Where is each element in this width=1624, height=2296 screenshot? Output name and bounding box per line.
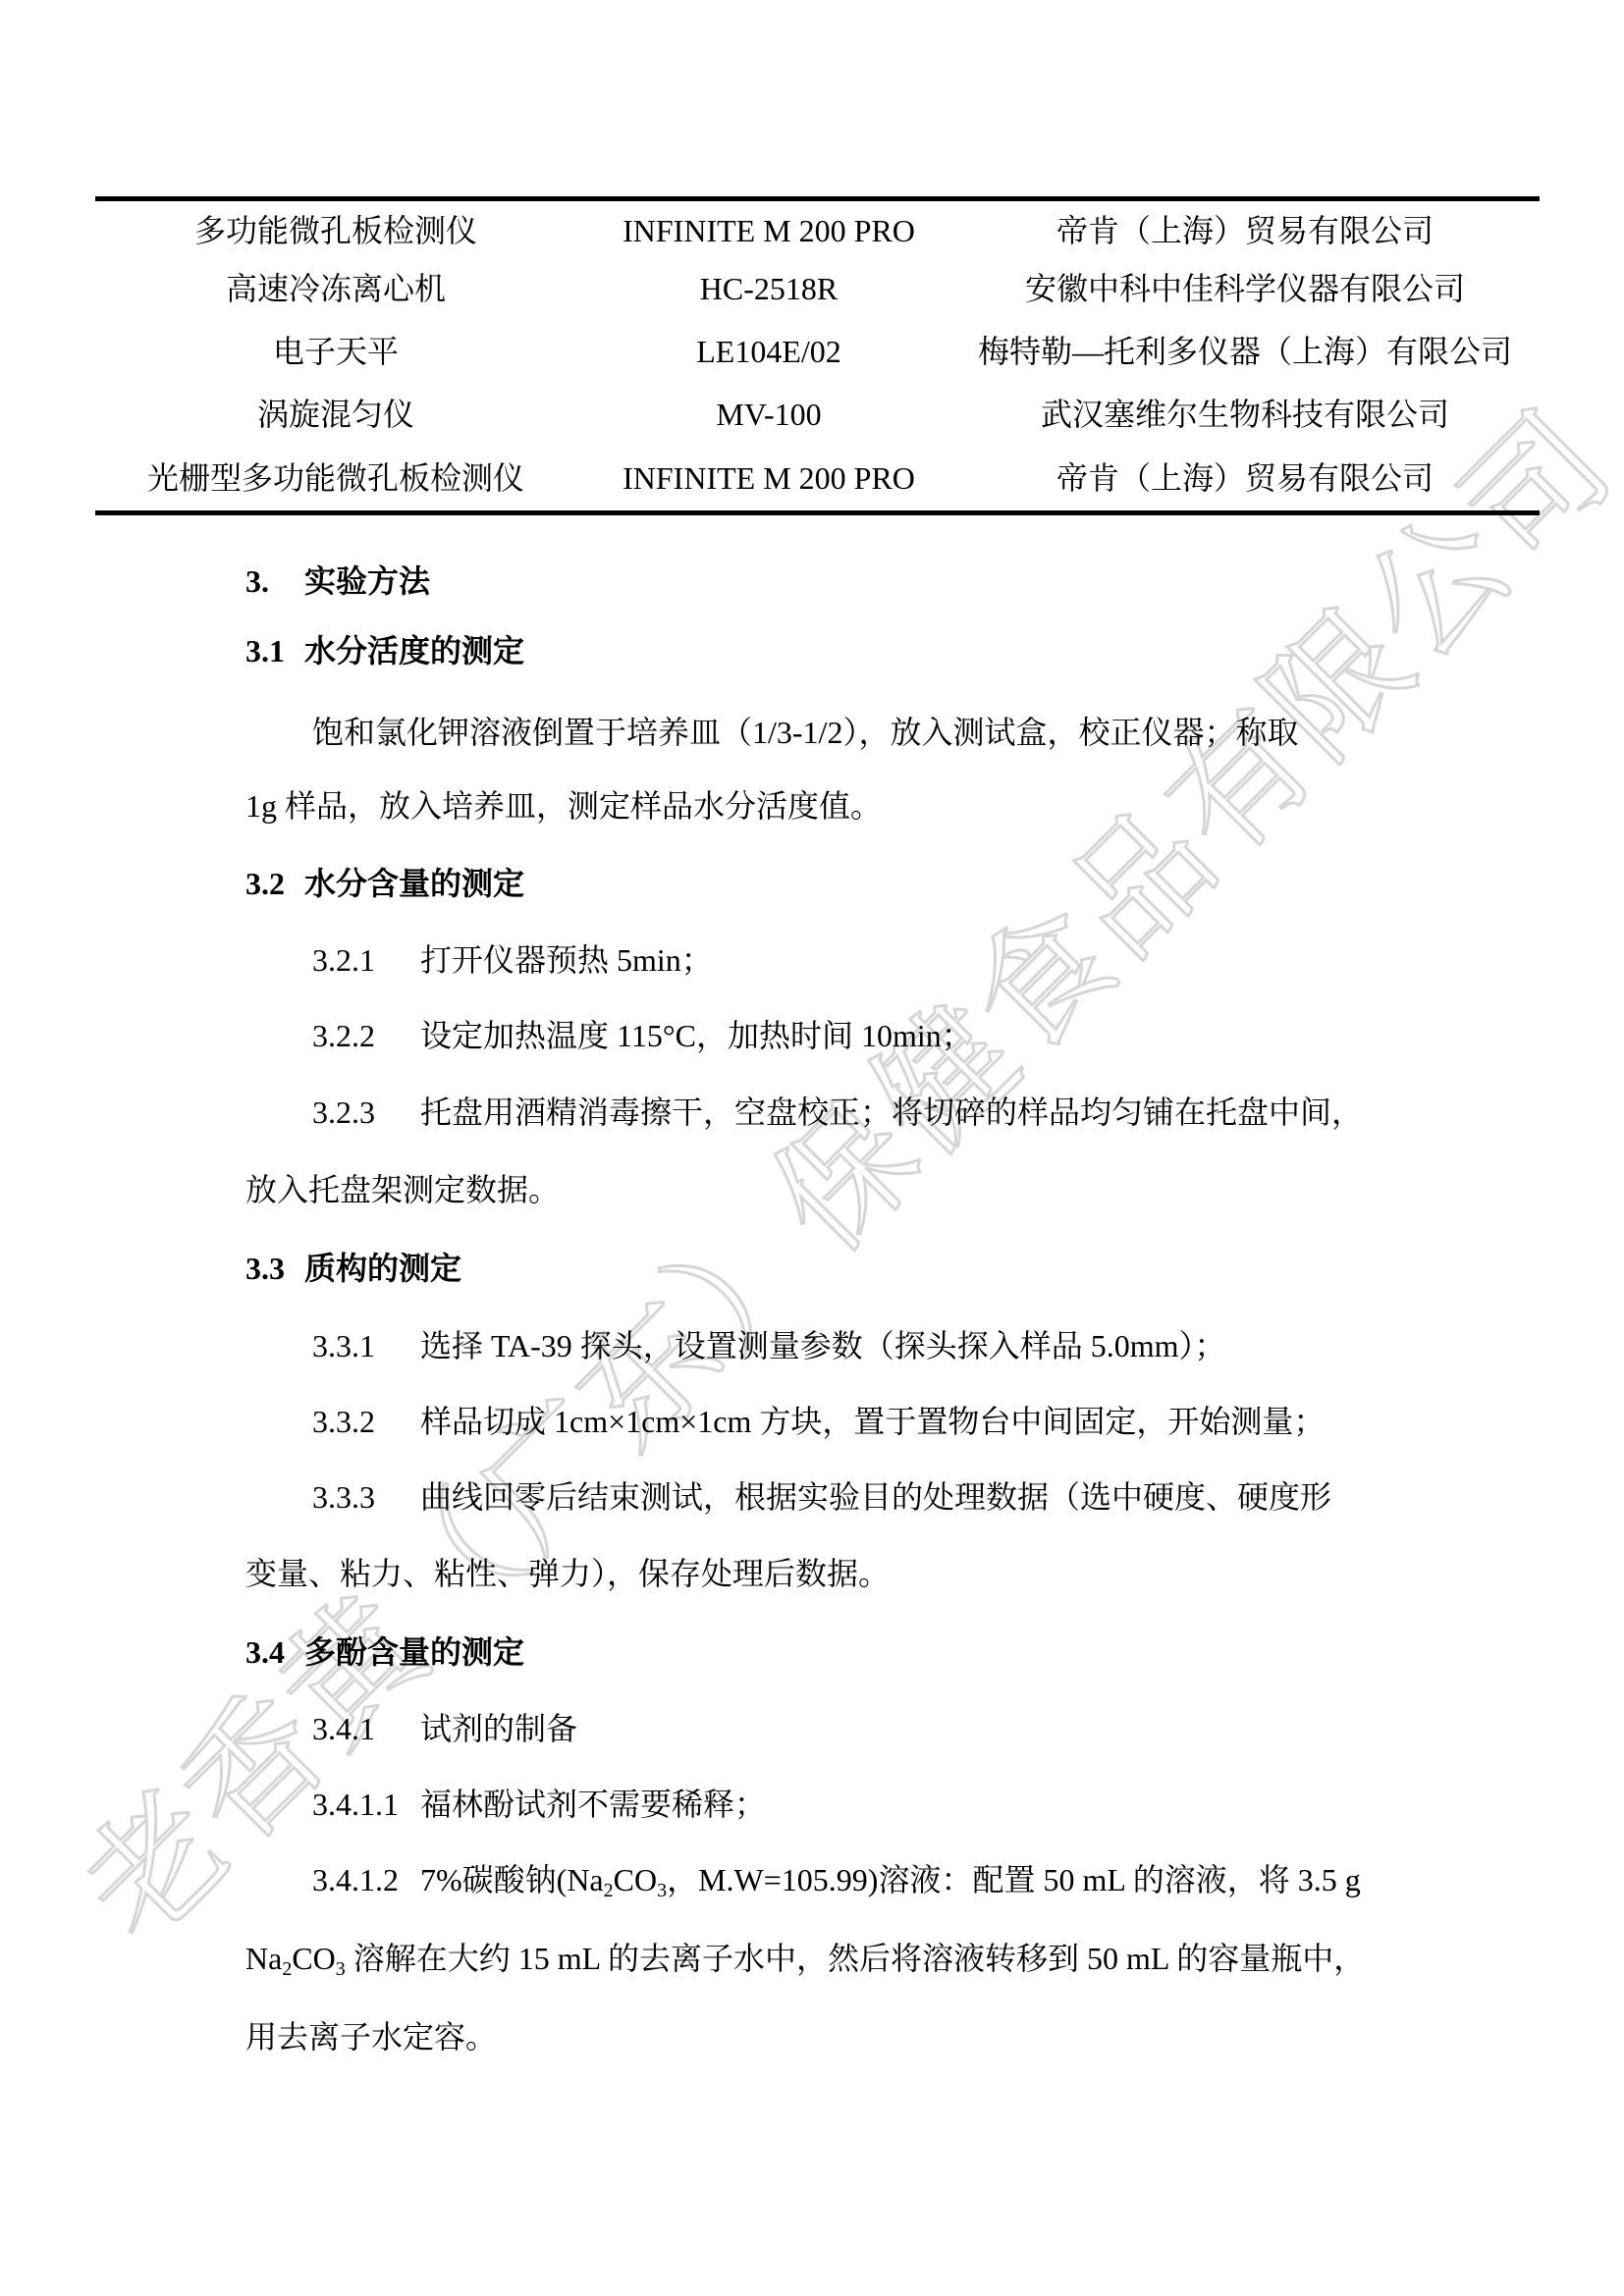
step-item: 3.4.1.1福林酚试剂不需要稀释； bbox=[312, 1785, 766, 1824]
equipment-manufacturer: 帝肯（上海）贸易有限公司 bbox=[1056, 458, 1434, 498]
subsection-number: 3.3 bbox=[245, 1249, 304, 1288]
document-page: 老香黄（广东）保健食品有限公司 多功能微孔板检测仪 INFINITE M 200… bbox=[0, 0, 1624, 2296]
subsection-title: 质构的测定 bbox=[304, 1251, 461, 1286]
equipment-model: LE104E/02 bbox=[696, 332, 841, 371]
step-number: 3.3.1 bbox=[312, 1326, 420, 1365]
step-item: 3.2.1打开仪器预热 5min； bbox=[312, 940, 713, 980]
step-text: 打开仪器预热 5min； bbox=[420, 942, 713, 978]
equipment-model: HC-2518R bbox=[700, 269, 838, 308]
subsection-title: 多酚含量的测定 bbox=[304, 1634, 524, 1670]
step-text: 试剂的制备 bbox=[420, 1711, 577, 1746]
step-number: 3.3.3 bbox=[312, 1477, 420, 1517]
subscript: 2 bbox=[282, 1958, 292, 1980]
step-item: 3.2.3托盘用酒精消毒擦干，空盘校正；将切碎的样品均匀铺在托盘中间， bbox=[312, 1093, 1363, 1132]
equipment-manufacturer: 安徽中科中佳科学仪器有限公司 bbox=[1025, 269, 1465, 308]
table-top-rule bbox=[95, 196, 1540, 201]
subsection-number: 3.2 bbox=[245, 864, 304, 903]
formula-text: Na bbox=[245, 1941, 282, 1976]
paragraph-line: 变量、粘力、粘性、弹力），保存处理后数据。 bbox=[245, 1554, 890, 1593]
equipment-manufacturer: 梅特勒—托利多仪器（上海）有限公司 bbox=[978, 332, 1512, 371]
equipment-manufacturer: 武汉塞维尔生物科技有限公司 bbox=[1041, 395, 1449, 434]
subsection-heading: 3.4多酚含量的测定 bbox=[245, 1632, 524, 1672]
table-row: 高速冷冻离心机 HC-2518R 安徽中科中佳科学仪器有限公司 bbox=[95, 269, 1540, 308]
equipment-model: INFINITE M 200 PRO bbox=[623, 211, 915, 250]
equipment-model: MV-100 bbox=[716, 395, 821, 434]
equipment-name: 多功能微孔板检测仪 bbox=[194, 211, 477, 250]
step-number: 3.3.2 bbox=[312, 1402, 420, 1441]
step-text: 7%碳酸钠(Na bbox=[420, 1862, 604, 1897]
step-item: 3.3.1选择 TA-39 探头，设置测量参数（探头探入样品 5.0mm）； bbox=[312, 1326, 1226, 1365]
paragraph-text: 溶解在大约 15 mL 的去离子水中，然后将溶液转移到 50 mL 的容量瓶中， bbox=[346, 1941, 1366, 1976]
table-bottom-rule bbox=[95, 510, 1540, 515]
step-number: 3.2.1 bbox=[312, 940, 420, 980]
subsection-title: 水分活度的测定 bbox=[304, 633, 524, 668]
paragraph-line: 放入托盘架测定数据。 bbox=[245, 1170, 560, 1209]
step-text: 选择 TA-39 探头，设置测量参数（探头探入样品 5.0mm）； bbox=[420, 1328, 1226, 1363]
step-number: 3.4.1.2 bbox=[312, 1860, 420, 1899]
table-row: 多功能微孔板检测仪 INFINITE M 200 PRO 帝肯（上海）贸易有限公… bbox=[95, 211, 1540, 250]
equipment-name: 高速冷冻离心机 bbox=[226, 269, 446, 308]
subscript: 3 bbox=[657, 1880, 667, 1901]
subsection-heading: 3.2水分含量的测定 bbox=[245, 864, 524, 903]
formula-text: CO bbox=[292, 1941, 335, 1976]
paragraph-line: Na2CO3 溶解在大约 15 mL 的去离子水中，然后将溶液转移到 50 mL… bbox=[245, 1939, 1365, 1978]
step-text: ，M.W=105.99)溶液：配置 50 mL 的溶液，将 3.5 g bbox=[667, 1862, 1361, 1897]
step-text: 曲线回零后结束测试，根据实验目的处理数据（选中硬度、硬度形 bbox=[420, 1479, 1331, 1515]
subsection-number: 3.1 bbox=[245, 631, 304, 670]
subscript: 2 bbox=[604, 1880, 614, 1901]
section-title: 实验方法 bbox=[304, 563, 430, 599]
step-number: 3.2.2 bbox=[312, 1016, 420, 1055]
step-item: 3.3.3曲线回零后结束测试，根据实验目的处理数据（选中硬度、硬度形 bbox=[312, 1477, 1331, 1517]
equipment-manufacturer: 帝肯（上海）贸易有限公司 bbox=[1056, 211, 1434, 250]
step-number: 3.4.1.1 bbox=[312, 1785, 420, 1824]
step-item: 3.4.1.27%碳酸钠(Na2CO3，M.W=105.99)溶液：配置 50 … bbox=[312, 1860, 1361, 1899]
equipment-name: 电子天平 bbox=[273, 332, 399, 371]
step-number: 3.2.3 bbox=[312, 1093, 420, 1132]
table-row: 涡旋混匀仪 MV-100 武汉塞维尔生物科技有限公司 bbox=[95, 395, 1540, 434]
paragraph-line: 1g 样品，放入培养皿，测定样品水分活度值。 bbox=[245, 786, 882, 826]
step-item: 3.3.2样品切成 1cm×1cm×1cm 方块，置于置物台中间固定，开始测量； bbox=[312, 1402, 1325, 1441]
paragraph-line: 用去离子水定容。 bbox=[245, 2017, 497, 2056]
step-number: 3.4.1 bbox=[312, 1709, 420, 1748]
subsection-title: 水分含量的测定 bbox=[304, 866, 524, 901]
step-text: 设定加热温度 115°C，加热时间 10min； bbox=[420, 1018, 973, 1053]
watermark-text: 老香黄（广东）保健食品有限公司 bbox=[31, 360, 1624, 1976]
step-text: 托盘用酒精消毒擦干，空盘校正；将切碎的样品均匀铺在托盘中间， bbox=[420, 1095, 1363, 1130]
table-row: 电子天平 LE104E/02 梅特勒—托利多仪器（上海）有限公司 bbox=[95, 332, 1540, 371]
step-text: 福林酚试剂不需要稀释； bbox=[420, 1787, 766, 1822]
step-text: 样品切成 1cm×1cm×1cm 方块，置于置物台中间固定，开始测量； bbox=[420, 1404, 1325, 1439]
equipment-name: 涡旋混匀仪 bbox=[257, 395, 414, 434]
subsection-number: 3.4 bbox=[245, 1632, 304, 1672]
section-heading: 3.实验方法 bbox=[245, 561, 430, 601]
equipment-model: INFINITE M 200 PRO bbox=[623, 458, 915, 498]
subscript: 3 bbox=[336, 1958, 346, 1980]
subsection-heading: 3.3质构的测定 bbox=[245, 1249, 461, 1288]
subsection-heading: 3.1水分活度的测定 bbox=[245, 631, 524, 670]
step-text: CO bbox=[614, 1862, 657, 1897]
section-number: 3. bbox=[245, 561, 304, 601]
step-item: 3.4.1试剂的制备 bbox=[312, 1709, 577, 1748]
equipment-name: 光栅型多功能微孔板检测仪 bbox=[147, 458, 524, 498]
step-item: 3.2.2设定加热温度 115°C，加热时间 10min； bbox=[312, 1016, 973, 1055]
table-row: 光栅型多功能微孔板检测仪 INFINITE M 200 PRO 帝肯（上海）贸易… bbox=[95, 458, 1540, 498]
paragraph-line: 饱和氯化钾溶液倒置于培养皿（1/3-1/2），放入测试盒，校正仪器；称取 bbox=[312, 713, 1298, 752]
